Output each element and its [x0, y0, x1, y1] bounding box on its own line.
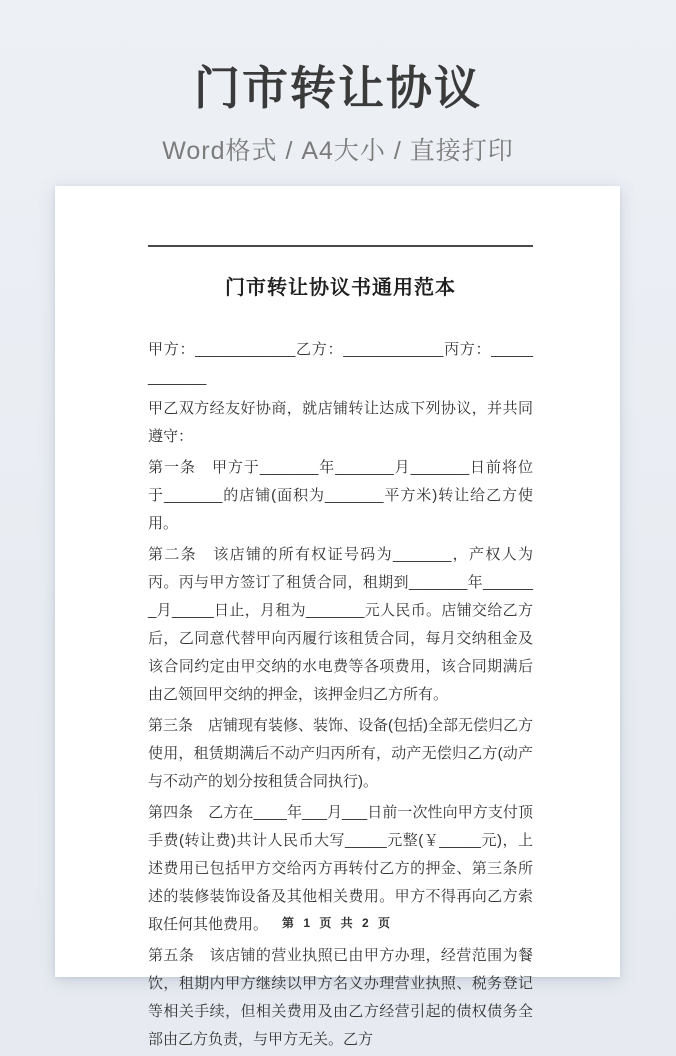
header: 门市转让协议 Word格式 / A4大小 / 直接打印 — [0, 0, 676, 167]
paragraph-clause-5: 第五条 该店铺的营业执照已由甲方办理，经营范围为餐饮，租期内甲方继续以甲方名义办… — [148, 942, 533, 1054]
paragraph-clause-2: 第二条 该店铺的所有权证号码为_______，产权人为丙。丙与甲方签订了租赁合同… — [148, 541, 533, 709]
page-number: 第 1 页 共 2 页 — [55, 914, 620, 931]
document-title: 门市转让协议书通用范本 — [148, 271, 533, 300]
document-page: 门市转让协议书通用范本 甲方：____________乙方：__________… — [55, 186, 620, 977]
paragraph-preamble: 甲乙双方经友好协商，就店铺转让达成下列协议，并共同遵守： — [148, 395, 533, 451]
paragraph-parties: 甲方：____________乙方：____________丙方：_______… — [148, 336, 533, 392]
page-title: 门市转让协议 — [0, 52, 676, 118]
page-subtitle: Word格式 / A4大小 / 直接打印 — [0, 131, 676, 167]
paragraph-clause-1: 第一条 甲方于_______年_______月_______日前将位于_____… — [148, 454, 533, 538]
paragraph-clause-3: 第三条 店铺现有装修、装饰、设备(包括)全部无偿归乙方使用，租赁期满后不动产归丙… — [148, 712, 533, 796]
document-body: 甲方：____________乙方：____________丙方：_______… — [148, 336, 533, 1054]
document-header-rule — [148, 245, 533, 247]
